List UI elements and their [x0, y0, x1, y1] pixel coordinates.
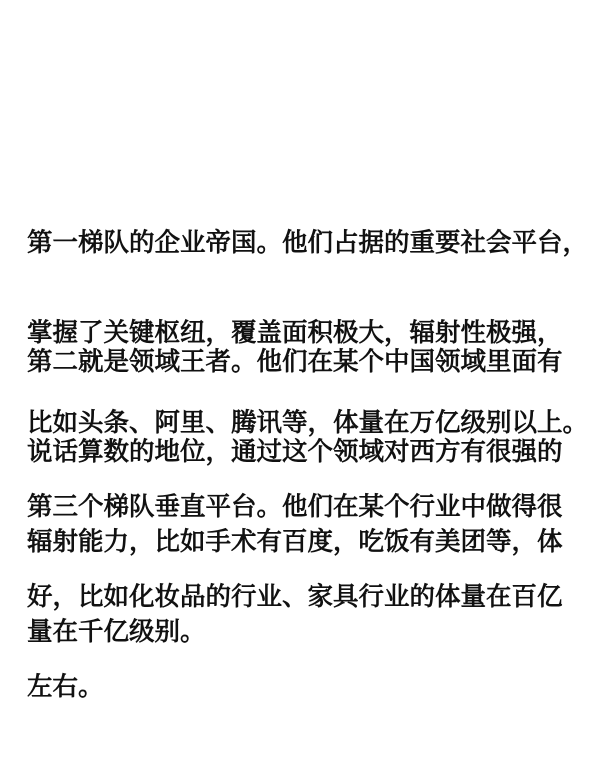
text-line: 好，比如化妆品的行业、家具行业的体量在百亿 [27, 582, 587, 612]
text-line: 第二就是领域王者。他们在某个中国领域里面有 [27, 347, 587, 377]
text-line: 第一梯队的企业帝国。他们占据的重要社会平台， [27, 228, 587, 258]
text-line: 左右。 [27, 672, 587, 702]
document-page: 第一梯队的企业帝国。他们占据的重要社会平台， 掌握了关键枢纽，覆盖面积极大，辐射… [0, 0, 600, 760]
text-line: 第三个梯队垂直平台。他们在某个行业中做得很 [27, 492, 587, 522]
paragraph-tier-three: 第三个梯队垂直平台。他们在某个行业中做得很 好，比如化妆品的行业、家具行业的体量… [27, 432, 587, 760]
